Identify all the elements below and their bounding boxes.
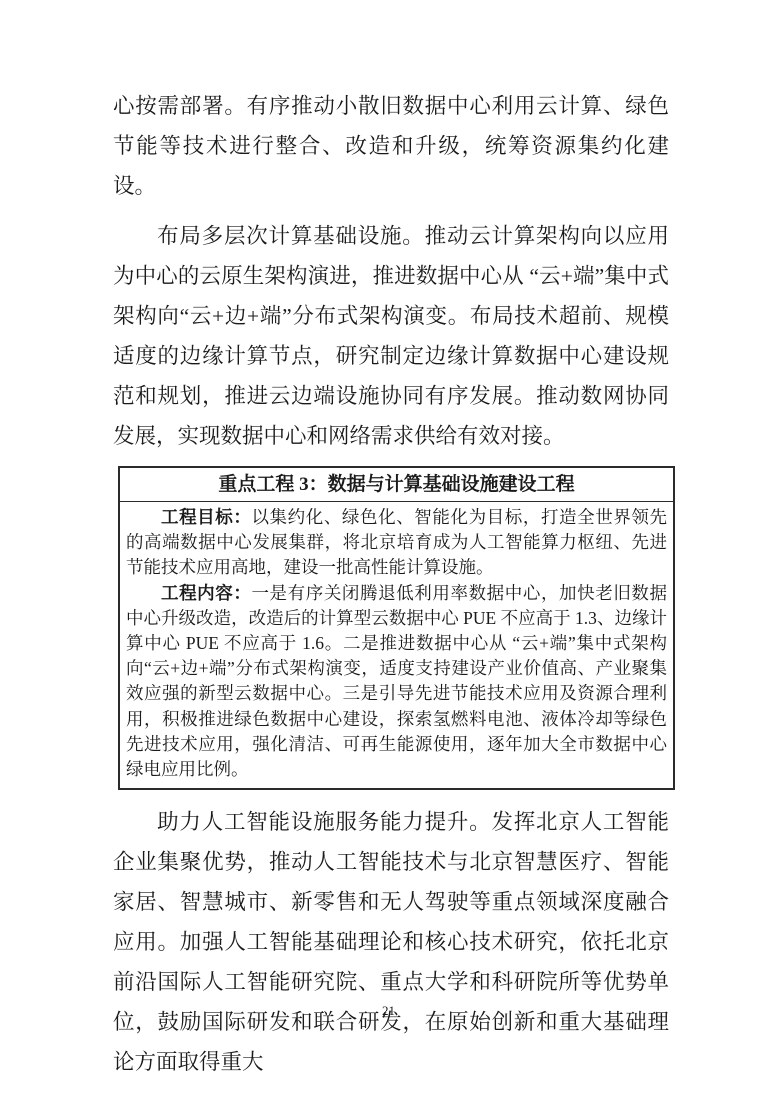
- paragraph-ai-facilities: 助力人工智能设施服务能力提升。发挥北京人工智能企业集聚优势，推动人工智能技术与北…: [113, 802, 669, 1082]
- key-project-box: 重点工程 3：数据与计算基础设施建设工程 工程目标：以集约化、绿色化、智能化为目…: [118, 466, 675, 790]
- project-content-text: 一是有序关闭腾退低利用率数据中心，加快老旧数据中心升级改造，改造后的计算型云数据…: [126, 583, 667, 779]
- page-content: 心按需部署。有序推动小散旧数据中心利用云计算、绿色节能等技术进行整合、改造和升级…: [113, 86, 669, 1082]
- project-goal-paragraph: 工程目标：以集约化、绿色化、智能化为目标，打造全世界领先的高端数据中心发展集群，…: [126, 505, 667, 581]
- paragraph-computing-infrastructure: 布局多层次计算基础设施。推动云计算架构向以应用为中心的云原生架构演进，推进数据中…: [113, 216, 669, 456]
- project-content-paragraph: 工程内容：一是有序关闭腾退低利用率数据中心，加快老旧数据中心升级改造，改造后的计…: [126, 581, 667, 783]
- paragraph-continuation: 心按需部署。有序推动小散旧数据中心利用云计算、绿色节能等技术进行整合、改造和升级…: [113, 86, 669, 206]
- key-project-box-body: 工程目标：以集约化、绿色化、智能化为目标，打造全世界领先的高端数据中心发展集群，…: [120, 502, 673, 788]
- page-number: 21: [0, 1003, 777, 1019]
- project-goal-label: 工程目标：: [161, 507, 251, 527]
- document-page: 心按需部署。有序推动小散旧数据中心利用云计算、绿色节能等技术进行整合、改造和升级…: [0, 0, 777, 1098]
- project-content-label: 工程内容：: [161, 583, 251, 603]
- key-project-box-title: 重点工程 3：数据与计算基础设施建设工程: [120, 468, 673, 502]
